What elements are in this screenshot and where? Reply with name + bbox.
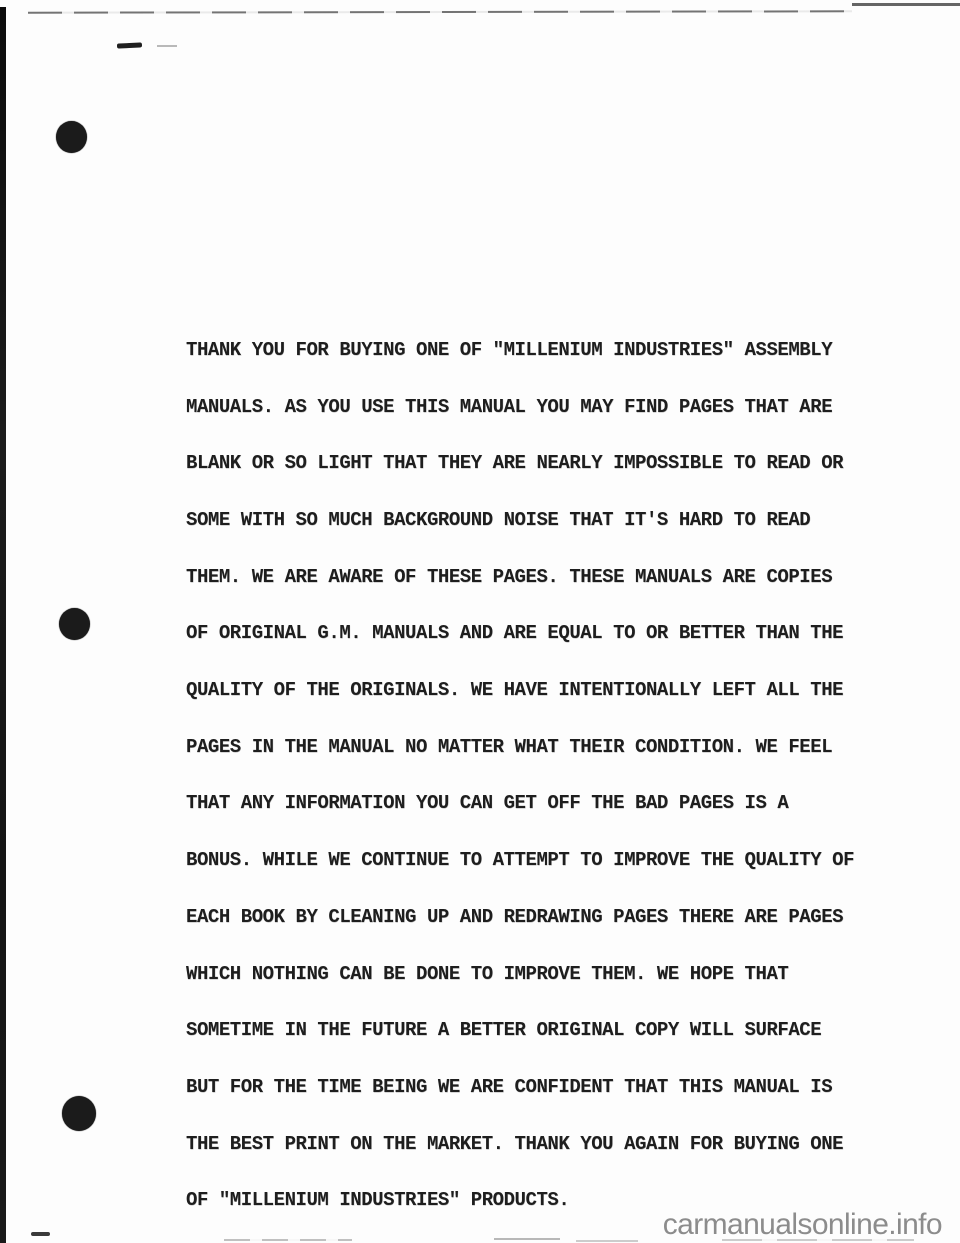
scan-artifact-line-top [28,10,852,13]
scan-artifact-dash-bottom-left [31,1232,50,1236]
hole-punch-mark-top [56,121,87,153]
text-line: BUT FOR THE TIME BEING WE ARE CONFIDENT … [186,1078,876,1097]
text-line: PAGES IN THE MANUAL NO MATTER WHAT THEIR… [186,738,876,757]
scan-artifact-line-bottom [224,1239,352,1241]
text-line: OF ORIGINAL G.M. MANUALS AND ARE EQUAL T… [186,624,876,643]
text-line: THAT ANY INFORMATION YOU CAN GET OFF THE… [186,794,876,813]
text-line: WHICH NOTHING CAN BE DONE TO IMPROVE THE… [186,965,876,984]
scanned-page: THANK YOU FOR BUYING ONE OF "MILLENIUM I… [0,0,960,1243]
manual-notice-text: THANK YOU FOR BUYING ONE OF "MILLENIUM I… [186,303,876,1243]
text-line: THANK YOU FOR BUYING ONE OF "MILLENIUM I… [186,341,876,360]
text-line: THE BEST PRINT ON THE MARKET. THANK YOU … [186,1135,876,1154]
text-line: THEM. WE ARE AWARE OF THESE PAGES. THESE… [186,568,876,587]
hole-punch-mark-bottom [62,1096,96,1131]
scan-artifact-line-bottom [494,1238,560,1240]
text-line: QUALITY OF THE ORIGINALS. WE HAVE INTENT… [186,681,876,700]
text-line: BLANK OR SO LIGHT THAT THEY ARE NEARLY I… [186,454,876,473]
binder-edge-strip [0,7,6,1243]
text-line: BONUS. WHILE WE CONTINUE TO ATTEMPT TO I… [186,851,876,870]
watermark: carmanualsonline.info [663,1208,942,1242]
scan-artifact-line-top-right [852,3,960,6]
hole-punch-mark-middle [59,608,90,640]
text-line: SOME WITH SO MUCH BACKGROUND NOISE THAT … [186,511,876,530]
scan-artifact-line-bottom [576,1240,638,1242]
pen-dash-tail-mark [157,45,177,47]
text-line: MANUALS. AS YOU USE THIS MANUAL YOU MAY … [186,398,876,417]
text-line: EACH BOOK BY CLEANING UP AND REDRAWING P… [186,908,876,927]
pen-dash-mark [117,42,142,48]
text-line: SOMETIME IN THE FUTURE A BETTER ORIGINAL… [186,1021,876,1040]
